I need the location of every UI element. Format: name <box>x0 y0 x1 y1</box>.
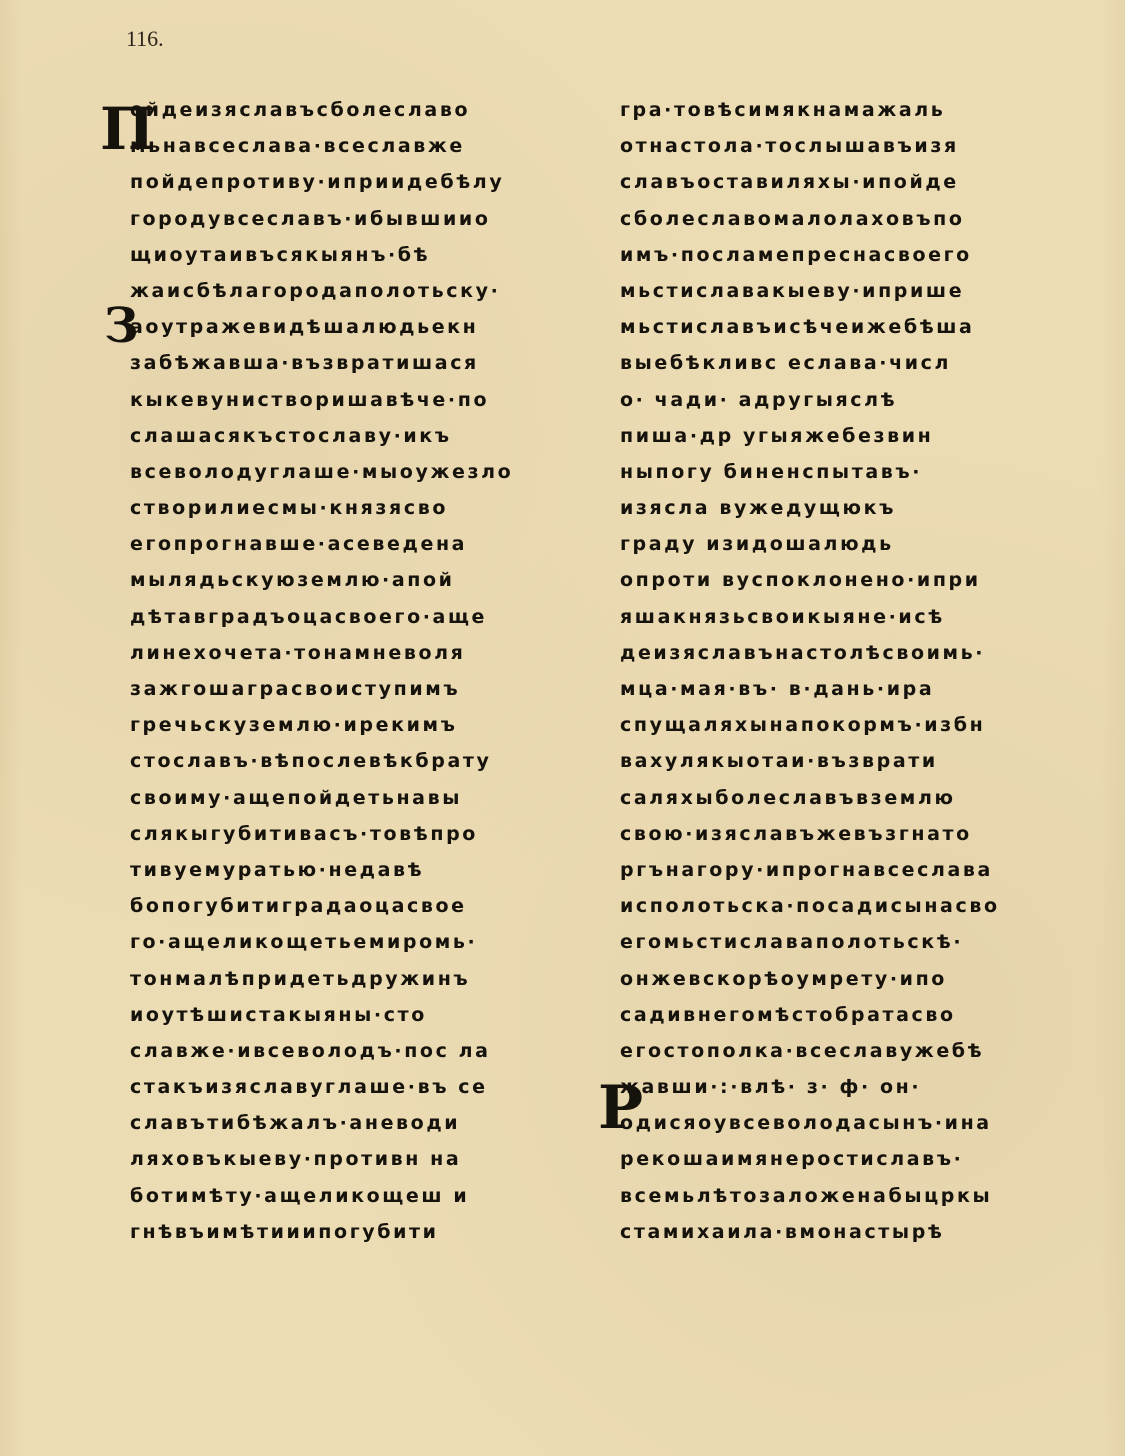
text-line: мьнавсеслава·всеславже <box>108 128 578 164</box>
text-line: свою·изяславъжевъзгнато <box>606 816 1096 852</box>
text-line: ныпогу биненспытавъ· <box>606 454 1096 490</box>
text-line: своиму·ащепойдетьнавы <box>108 780 578 816</box>
page-number: 116. <box>126 26 164 52</box>
text-line: ойдеизяславъсболеславо <box>108 92 578 128</box>
text-line: изясла вужедущюкъ <box>606 490 1096 526</box>
text-line: садивнегомѣстобратасво <box>606 997 1096 1033</box>
text-line: о· чади· адругыяслѣ <box>606 382 1096 418</box>
text-line: пиша·др угыяжебезвин <box>606 418 1096 454</box>
left-text-column: ойдеизяславъсболеславо мьнавсеслава·всес… <box>108 92 578 1250</box>
text-line: всемьлѣтозаложенабыцркы <box>606 1178 1096 1214</box>
manuscript-page: 116. П З Р ойдеизяславъсболеславо мьнавс… <box>0 0 1125 1456</box>
text-line: сболеславомалолаховъпо <box>606 201 1096 237</box>
text-line: забѣжавша·възвратишася <box>108 345 578 381</box>
text-line: егомьстиславаполотьскѣ· <box>606 924 1096 960</box>
text-line: исполотьска·посадисынасво <box>606 888 1096 924</box>
text-line: слякыгубитивасъ·товѣпро <box>108 816 578 852</box>
text-line: рекошаимянеростиславъ· <box>606 1141 1096 1177</box>
text-line: мьстиславакыеву·иприше <box>606 273 1096 309</box>
text-line: аоутражевидѣшалюдьекн <box>108 309 578 345</box>
text-line: ботимѣту·ащеликощеш и <box>108 1178 578 1214</box>
text-line: мца·мая·въ· в·дань·ира <box>606 671 1096 707</box>
text-line: жавши·:·влѣ· з· ф· он· <box>606 1069 1096 1105</box>
text-line: онжевскорѣоумрету·ипо <box>606 961 1096 997</box>
text-line: створилиесмы·князясво <box>108 490 578 526</box>
text-line: отнастола·тослышавъизя <box>606 128 1096 164</box>
text-line: славътибѣжалъ·аневоди <box>108 1105 578 1141</box>
text-line: егопрогнавше·асеведена <box>108 526 578 562</box>
text-line: гра·товѣсимякнамажаль <box>606 92 1096 128</box>
text-line: дѣтавградъоцасвоего·аще <box>108 599 578 635</box>
text-line: гречьскуземлю·ирекимъ <box>108 707 578 743</box>
text-line: одисяоувсеволодасынъ·ина <box>606 1105 1096 1141</box>
text-line: иоутѣшистакыяны·сто <box>108 997 578 1033</box>
text-line: спущаляхынапокормъ·избн <box>606 707 1096 743</box>
text-line: егостополка·всеславужебѣ <box>606 1033 1096 1069</box>
text-line: го·ащеликощетьемиромь· <box>108 924 578 960</box>
text-line: славже·ивсеволодъ·пос ла <box>108 1033 578 1069</box>
text-line: кыкевунистворишавѣче·по <box>108 382 578 418</box>
text-line: жаисбѣлагородаполотьску· <box>108 273 578 309</box>
text-line: славъоставиляхы·ипойде <box>606 164 1096 200</box>
text-line: пойдепротиву·иприидебѣлу <box>108 164 578 200</box>
text-line: ргънагору·ипрогнавсеслава <box>606 852 1096 888</box>
text-line: мьстиславъисѣчеижебѣша <box>606 309 1096 345</box>
text-line: имъ·посламепреснасвоего <box>606 237 1096 273</box>
text-line: граду изидошалюдь <box>606 526 1096 562</box>
text-line: щиоутаивъсякыянъ·бѣ <box>108 237 578 273</box>
text-line: тивуемуратью·недавѣ <box>108 852 578 888</box>
text-line: вахулякыотаи·възврати <box>606 743 1096 779</box>
text-line: бопогубитиградаоцасвое <box>108 888 578 924</box>
text-line: тонмалѣпридетьдружинъ <box>108 961 578 997</box>
text-line: опроти вуспоклонено·ипри <box>606 562 1096 598</box>
text-line: зажгошаграсвоиступимъ <box>108 671 578 707</box>
text-line: яшакнязьсвоикыяне·исѣ <box>606 599 1096 635</box>
text-line: стославъ·вѣпослевѣкбрату <box>108 743 578 779</box>
text-line: линехочета·тонамневоля <box>108 635 578 671</box>
text-line: мылядьскуюземлю·апой <box>108 562 578 598</box>
text-line: гнѣвъимѣтииипогубити <box>108 1214 578 1250</box>
text-line: выебѣкливс еслава·числ <box>606 345 1096 381</box>
text-line: стамихаила·вмонастырѣ <box>606 1214 1096 1250</box>
text-line: всеволодуглаше·мыоужезло <box>108 454 578 490</box>
text-line: стакъизяславуглаше·въ се <box>108 1069 578 1105</box>
text-line: ляховъкыеву·противн на <box>108 1141 578 1177</box>
text-line: деизяславънастолѣсвоимь· <box>606 635 1096 671</box>
right-text-column: гра·товѣсимякнамажаль отнастола·тослышав… <box>606 92 1096 1250</box>
text-line: слашасякъстославу·икъ <box>108 418 578 454</box>
text-line: городувсеславъ·ибывшиио <box>108 201 578 237</box>
text-line: саляхыболеславъвземлю <box>606 780 1096 816</box>
